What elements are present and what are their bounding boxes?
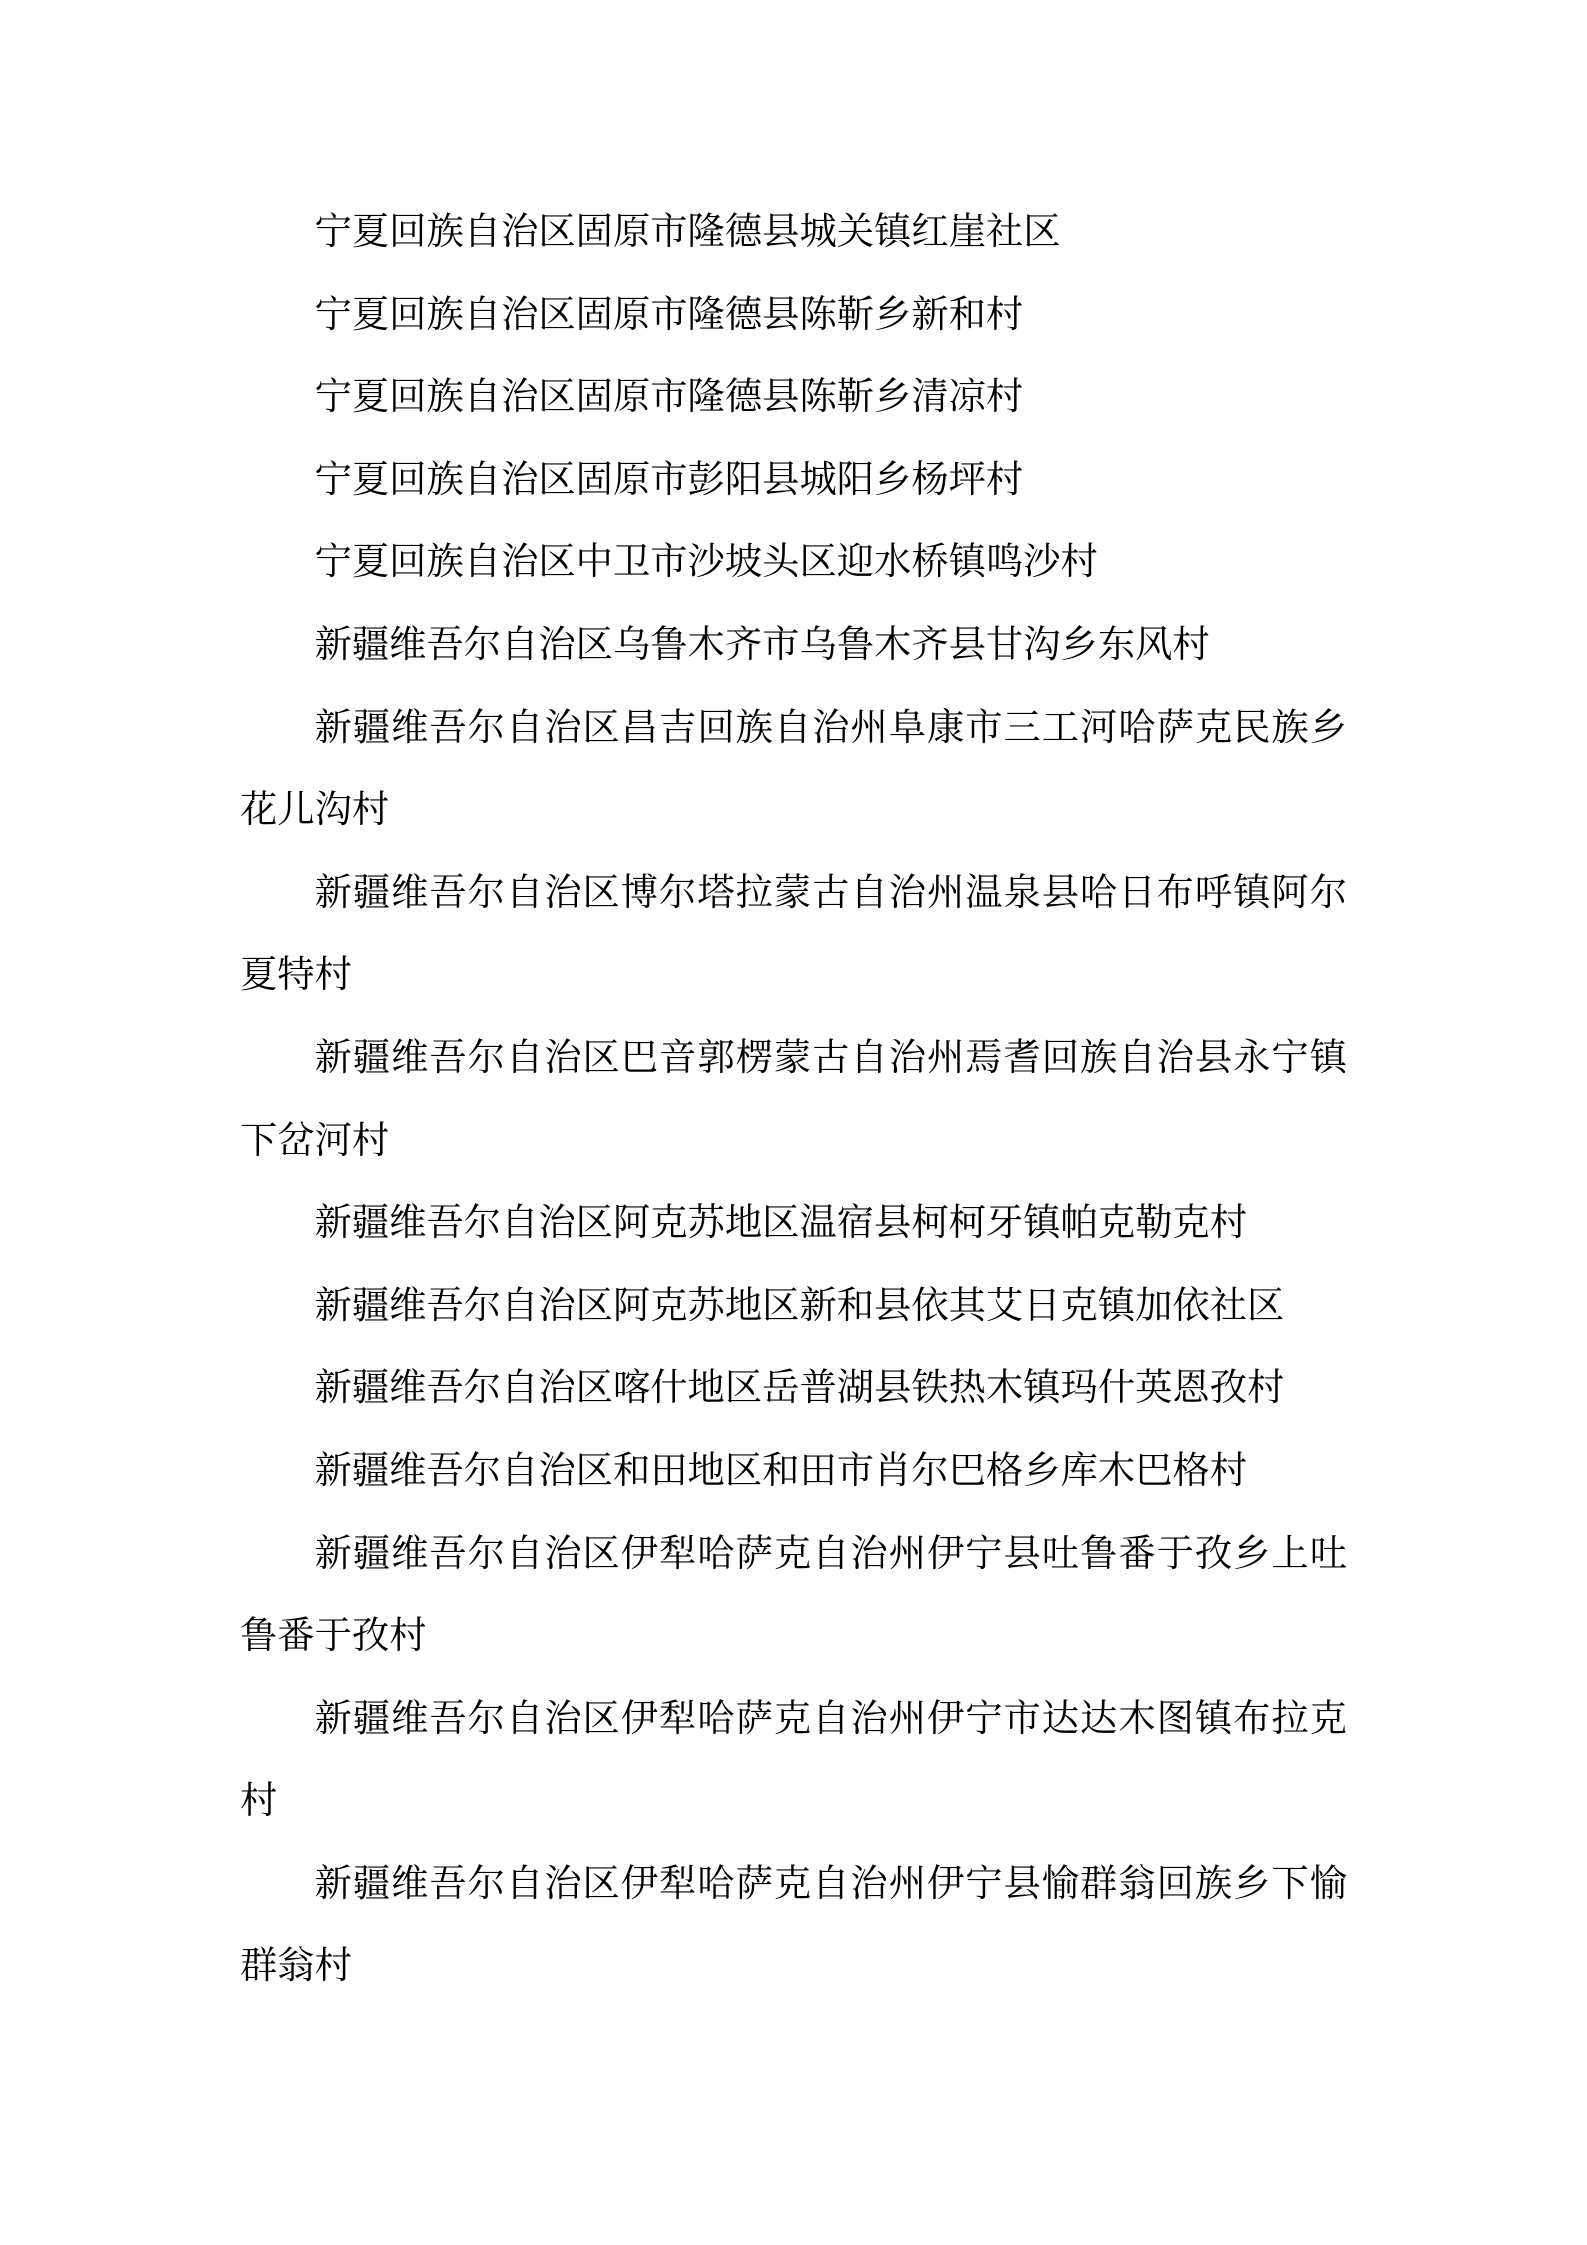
place-name-paragraph: 新疆维吾尔自治区阿克苏地区新和县依其艾日克镇加依社区	[240, 1266, 1347, 1349]
place-name-paragraph: 新疆维吾尔自治区伊犁哈萨克自治州伊宁县愉群翁回族乡下愉群翁村	[240, 1844, 1347, 2009]
place-name-paragraph: 新疆维吾尔自治区和田地区和田市肖尔巴格乡库木巴格村	[240, 1431, 1347, 1514]
place-name-paragraph: 宁夏回族自治区固原市隆德县陈靳乡新和村	[240, 275, 1347, 358]
place-name-paragraph: 新疆维吾尔自治区乌鲁木齐市乌鲁木齐县甘沟乡东风村	[240, 605, 1347, 688]
place-name-paragraph: 宁夏回族自治区中卫市沙坡头区迎水桥镇鸣沙村	[240, 522, 1347, 605]
place-name-paragraph: 新疆维吾尔自治区博尔塔拉蒙古自治州温泉县哈日布呼镇阿尔夏特村	[240, 853, 1347, 1018]
place-name-paragraph: 新疆维吾尔自治区伊犁哈萨克自治州伊宁市达达木图镇布拉克村	[240, 1679, 1347, 1844]
place-name-paragraph: 新疆维吾尔自治区巴音郭楞蒙古自治州焉耆回族自治县永宁镇下岔河村	[240, 1018, 1347, 1183]
place-name-paragraph: 宁夏回族自治区固原市隆德县城关镇红崖社区	[240, 192, 1347, 275]
place-name-paragraph: 新疆维吾尔自治区阿克苏地区温宿县柯柯牙镇帕克勒克村	[240, 1183, 1347, 1266]
place-name-paragraph: 宁夏回族自治区固原市彭阳县城阳乡杨坪村	[240, 440, 1347, 523]
document-page: 宁夏回族自治区固原市隆德县城关镇红崖社区 宁夏回族自治区固原市隆德县陈靳乡新和村…	[0, 0, 1587, 2245]
place-name-paragraph: 新疆维吾尔自治区昌吉回族自治州阜康市三工河哈萨克民族乡花儿沟村	[240, 688, 1347, 853]
place-name-paragraph: 宁夏回族自治区固原市隆德县陈靳乡清凉村	[240, 357, 1347, 440]
place-name-paragraph: 新疆维吾尔自治区伊犁哈萨克自治州伊宁县吐鲁番于孜乡上吐鲁番于孜村	[240, 1514, 1347, 1679]
place-name-paragraph: 新疆维吾尔自治区喀什地区岳普湖县铁热木镇玛什英恩孜村	[240, 1348, 1347, 1431]
